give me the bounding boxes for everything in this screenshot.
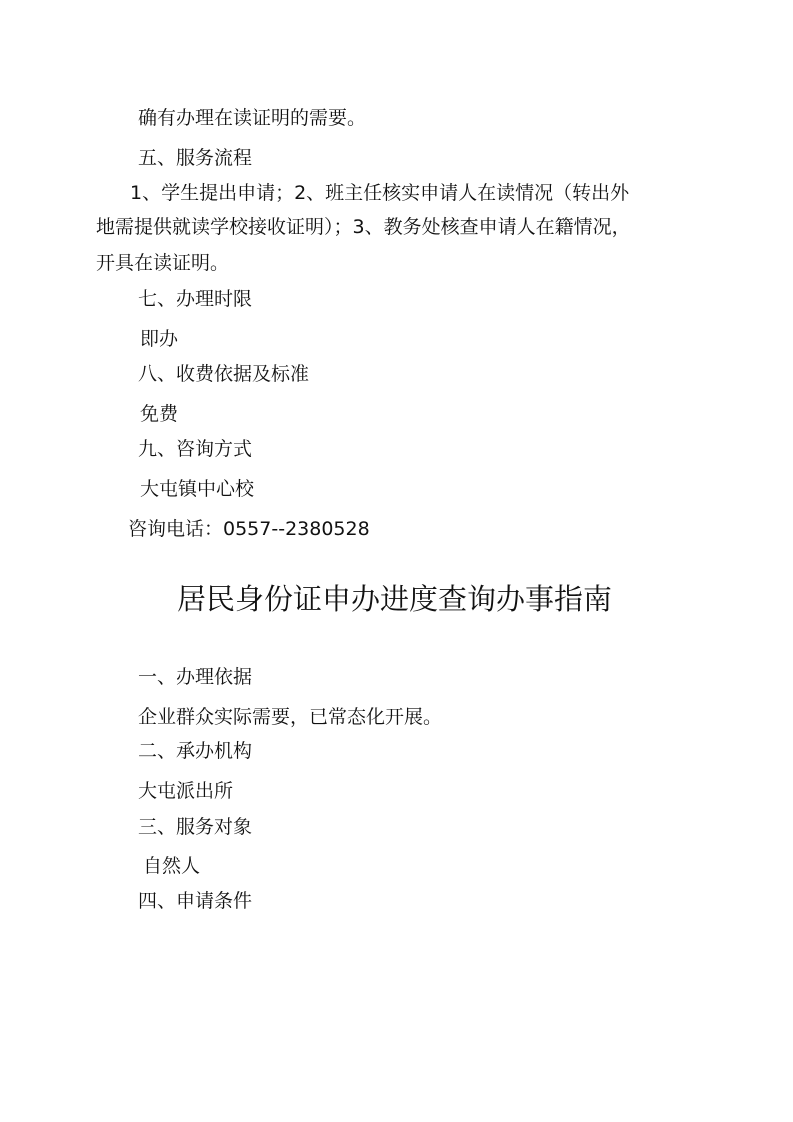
value-agency: 大屯派出所	[138, 779, 233, 803]
value-time-limit: 即办	[140, 327, 178, 351]
heading-agency: 二、承办机构	[138, 739, 252, 763]
heading-legal-basis: 一、办理依据	[138, 665, 252, 689]
paragraph-process-1: 1、学生提出申请；2、班主任核实申请人在读情况（转出外	[130, 181, 629, 205]
heading-fee-basis: 八、收费依据及标准	[138, 362, 309, 386]
value-consultation-org: 大屯镇中心校	[140, 477, 254, 501]
heading-time-limit: 七、办理时限	[138, 287, 252, 311]
value-fee: 免费	[140, 402, 178, 426]
heading-consultation: 九、咨询方式	[138, 437, 252, 461]
paragraph-process-3: 开具在读证明。	[96, 251, 229, 275]
consultation-phone: 咨询电话：0557--2380528	[128, 517, 370, 541]
heading-conditions: 四、申请条件	[138, 889, 252, 913]
page-title: 居民身份证申办进度查询办事指南	[177, 581, 612, 617]
heading-service-target: 三、服务对象	[138, 815, 252, 839]
heading-service-process: 五、服务流程	[138, 146, 252, 170]
value-service-target: 自然人	[143, 854, 200, 878]
value-legal-basis: 企业群众实际需要，已常态化开展。	[138, 705, 442, 729]
paragraph-requirement: 确有办理在读证明的需要。	[138, 106, 366, 130]
paragraph-process-2: 地需提供就读学校接收证明）；3、教务处核查申请人在籍情况，	[96, 215, 631, 239]
